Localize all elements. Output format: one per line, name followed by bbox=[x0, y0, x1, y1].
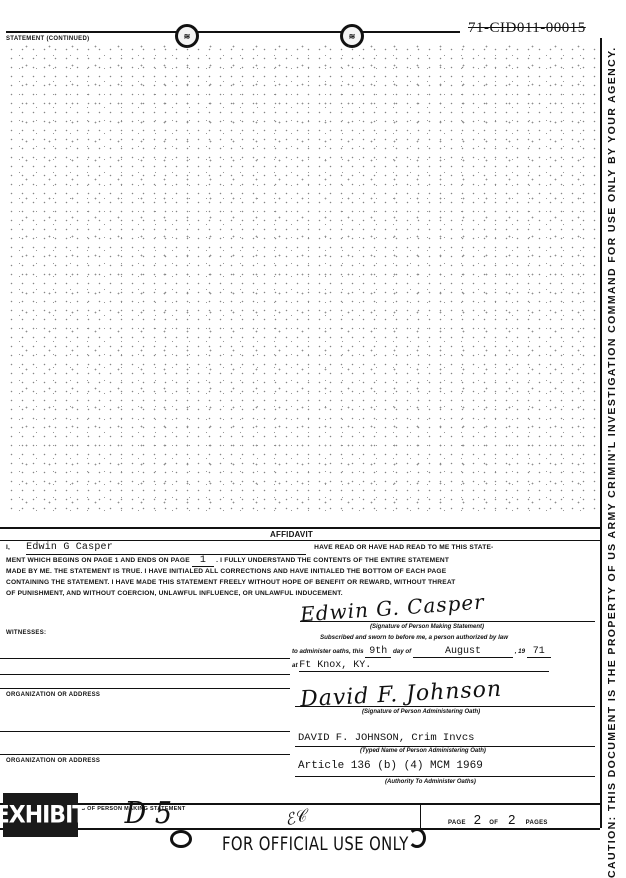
page-current: 2 bbox=[468, 812, 488, 827]
affidavit-prefix: I, bbox=[6, 544, 10, 551]
admin-signature-line bbox=[295, 706, 595, 707]
authority-caption: (Authority To Administer Oaths) bbox=[385, 779, 476, 785]
official-use-label: FOR OFFICIAL USE ONLY bbox=[222, 833, 409, 855]
affidavit-line-1: I, Edwin G Casper HAVE READ OR HAVE HAD … bbox=[6, 543, 493, 555]
affidavit-line-5: OF PUNISHMENT, AND WITHOUT COERCION, UNL… bbox=[6, 589, 343, 600]
admin-typed-name: DAVID F. JOHNSON, Crim Invcs bbox=[298, 732, 474, 744]
admin-signature-caption: (Signature of Person Administering Oath) bbox=[362, 709, 480, 715]
footer-rule-bottom bbox=[0, 828, 600, 830]
initials-mark: ℰ𝒞 bbox=[283, 806, 309, 831]
header-rule-left bbox=[6, 31, 181, 33]
sworn-month: August bbox=[413, 646, 513, 658]
affidavit-line-4: CONTAINING THE STATEMENT. I HAVE MADE TH… bbox=[6, 578, 456, 589]
affidavit-rule-title bbox=[0, 540, 600, 541]
org-address-label-1: ORGANIZATION OR ADDRESS bbox=[6, 692, 100, 698]
file-number: 71-CID011-00015 bbox=[468, 20, 586, 37]
maker-signature-line bbox=[300, 621, 595, 622]
scribble-circle-right-icon bbox=[408, 828, 426, 848]
witnesses-label: WITNESSES: bbox=[6, 630, 46, 636]
header-label: STATEMENT (Continued) bbox=[6, 36, 89, 42]
witness-line-2b bbox=[0, 731, 290, 732]
witness-line-2c bbox=[0, 754, 290, 755]
witness-line-1 bbox=[0, 658, 290, 659]
sworn-line-2: to administer oaths, this 9th day of Aug… bbox=[292, 646, 551, 658]
witness-line-1b bbox=[0, 674, 290, 675]
maker-signature-caption: (Signature of Person Making Statement) bbox=[370, 624, 484, 630]
page-indicator: PAGE 2 OF 2 PAGES bbox=[448, 812, 548, 827]
statement-body-faded bbox=[6, 45, 596, 515]
caution-caption: CAUTION: THIS DOCUMENT IS THE PROPERTY O… bbox=[606, 38, 618, 878]
page-total: 2 bbox=[500, 812, 524, 827]
scribble-circle-left-icon bbox=[170, 830, 192, 848]
affidavit-line-2: MENT WHICH BEGINS ON PAGE 1 AND ENDS ON … bbox=[6, 556, 449, 567]
sworn-year: 71 bbox=[527, 646, 551, 658]
exhibit-id: D 5 bbox=[125, 796, 172, 831]
witness-line-2 bbox=[0, 688, 290, 689]
affidavit-rule-top bbox=[0, 527, 600, 529]
affiant-name: Edwin G Casper bbox=[26, 543, 306, 555]
admin-typed-caption: (Typed Name of Person Administering Oath… bbox=[360, 748, 486, 754]
header-rule-right bbox=[198, 31, 460, 33]
org-address-label-2: ORGANIZATION OR ADDRESS bbox=[6, 758, 100, 764]
sworn-day: 9th bbox=[365, 646, 391, 658]
admin-typed-line bbox=[295, 746, 595, 747]
sworn-location: Ft Knox, KY. bbox=[299, 660, 549, 672]
exhibit-stamp: EXHIBIT bbox=[3, 793, 78, 837]
sworn-line-1: Subscribed and sworn to before me, a per… bbox=[320, 634, 508, 641]
end-page-number: 1 bbox=[192, 555, 214, 567]
authority-line bbox=[295, 776, 595, 777]
right-border bbox=[600, 38, 602, 828]
footer-divider bbox=[420, 803, 421, 829]
affidavit-title: AFFIDAVIT bbox=[270, 530, 313, 539]
authority-text: Article 136 (b) (4) MCM 1969 bbox=[298, 760, 483, 772]
footer-rule-top bbox=[0, 803, 600, 805]
affidavit-line1-suffix: HAVE READ OR HAVE HAD READ TO ME THIS ST… bbox=[314, 544, 493, 551]
affidavit-line-3: MADE BY ME. THE STATEMENT IS TRUE. I HAV… bbox=[6, 567, 446, 578]
sworn-location-line: at Ft Knox, KY. bbox=[292, 660, 549, 672]
